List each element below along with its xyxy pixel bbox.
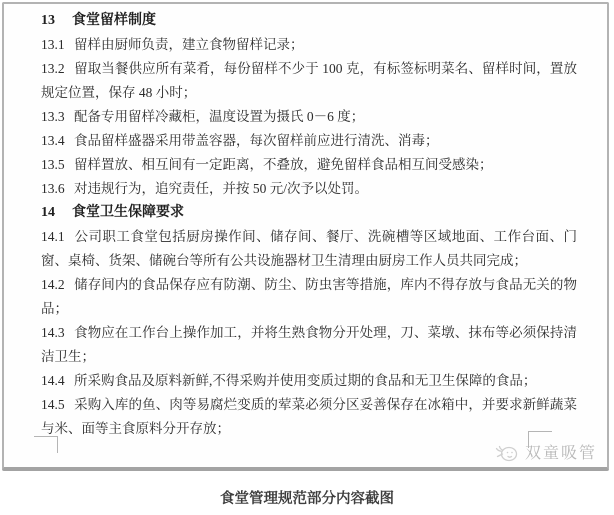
section-title: 食堂留样制度 xyxy=(72,13,156,28)
section-heading: 14食堂卫生保障要求 xyxy=(41,201,577,225)
clause: 13.5留样置放、相互间有一定距离，不叠放，避免留样食品相互间受感染； xyxy=(41,153,577,177)
clause-text: 留取当餐供应所有菜肴，每份留样不少于 100 克，有标签标明菜名、留样时间，置放… xyxy=(41,61,577,100)
brand-logo-icon xyxy=(494,442,520,462)
clause-number: 13.1 xyxy=(41,33,74,57)
clause-number: 14.1 xyxy=(41,225,74,249)
section-heading: 13食堂留样制度 xyxy=(41,9,577,33)
page: 13食堂留样制度 13.1留样由厨师负责，建立食物留样记录； 13.2留取当餐供… xyxy=(0,0,614,515)
clause: 14.3食物应在工作台上操作加工，并将生熟食物分开处理，刀、菜墩、抹布等必须保持… xyxy=(41,321,577,369)
clause: 14.2储存间内的食品保存应有防潮、防尘、防虫害等措施，库内不得存放与食品无关的… xyxy=(41,273,577,321)
clause-text: 储存间内的食品保存应有防潮、防尘、防虫害等措施，库内不得存放与食品无关的物品； xyxy=(41,277,577,316)
clause-text: 公司职工食堂包括厨房操作间、储存间、餐厅、洗碗槽等区域地面、工作台面、门窗、桌椅… xyxy=(41,229,577,268)
clause-number: 13.3 xyxy=(41,105,74,129)
clause-text: 采购入库的鱼、肉等易腐烂变质的荤菜必须分区妥善保存在冰箱中，并要求新鲜蔬菜与米、… xyxy=(41,397,577,436)
clause: 13.2留取当餐供应所有菜肴，每份留样不少于 100 克，有标签标明菜名、留样时… xyxy=(41,57,577,105)
clause: 13.4食品留样盛器采用带盖容器，每次留样前应进行清洗、消毒； xyxy=(41,129,577,153)
clause: 13.6对违规行为，追究责任，并按 50 元/次予以处罚。 xyxy=(41,177,577,201)
clause-number: 13.6 xyxy=(41,177,74,201)
document-screenshot: 13食堂留样制度 13.1留样由厨师负责，建立食物留样记录； 13.2留取当餐供… xyxy=(2,2,609,471)
watermark: 双童吸管 xyxy=(494,440,597,463)
clause-text: 配备专用留样冷藏柜，温度设置为摄氏 0－6 度； xyxy=(74,109,364,124)
clause-number: 14.5 xyxy=(41,393,74,417)
clause-text: 留样置放、相互间有一定距离，不叠放，避免留样食品相互间受感染； xyxy=(74,157,493,172)
clause-text: 对违规行为，追究责任，并按 50 元/次予以处罚。 xyxy=(74,181,368,196)
section-number: 13 xyxy=(41,9,72,33)
clause: 14.1公司职工食堂包括厨房操作间、储存间、餐厅、洗碗槽等区域地面、工作台面、门… xyxy=(41,225,577,273)
clause: 13.3配备专用留样冷藏柜，温度设置为摄氏 0－6 度； xyxy=(41,105,577,129)
clause-number: 13.5 xyxy=(41,153,74,177)
clause: 14.4所采购食品及原料新鲜,不得采购并使用变质过期的食品和无卫生保障的食品； xyxy=(41,369,577,393)
clause-number: 14.4 xyxy=(41,369,74,393)
clause-number: 13.4 xyxy=(41,129,74,153)
clause-number: 14.2 xyxy=(41,273,74,297)
clause-text: 食物应在工作台上操作加工，并将生熟食物分开处理，刀、菜墩、抹布等必须保持清洁卫生… xyxy=(41,325,577,364)
section-number: 14 xyxy=(41,201,72,225)
clause: 13.1留样由厨师负责，建立食物留样记录； xyxy=(41,33,577,57)
text-boundary-mark-left xyxy=(34,436,58,453)
section-title: 食堂卫生保障要求 xyxy=(72,205,184,220)
clause-text: 食品留样盛器采用带盖容器，每次留样前应进行清洗、消毒； xyxy=(74,133,439,148)
clause-text: 所采购食品及原料新鲜,不得采购并使用变质过期的食品和无卫生保障的食品； xyxy=(74,373,536,388)
watermark-text: 双童吸管 xyxy=(525,440,597,463)
clause-number: 13.2 xyxy=(41,57,74,81)
document-body: 13食堂留样制度 13.1留样由厨师负责，建立食物留样记录； 13.2留取当餐供… xyxy=(4,4,607,441)
clause-number: 14.3 xyxy=(41,321,74,345)
image-caption: 食堂管理规范部分内容截图 xyxy=(0,487,614,508)
clause: 14.5采购入库的鱼、肉等易腐烂变质的荤菜必须分区妥善保存在冰箱中，并要求新鲜蔬… xyxy=(41,393,577,441)
clause-text: 留样由厨师负责，建立食物留样记录； xyxy=(74,37,304,52)
